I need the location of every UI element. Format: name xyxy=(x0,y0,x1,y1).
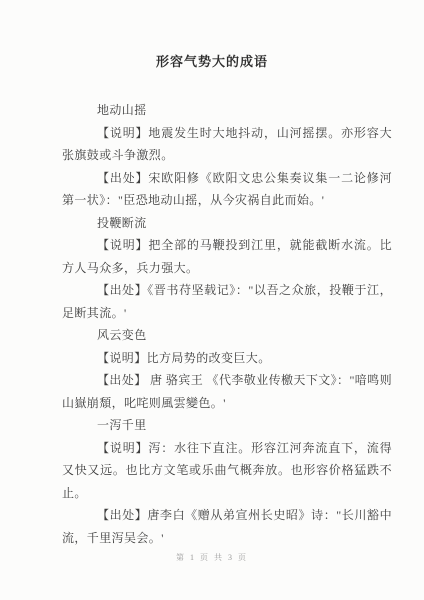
entry-source: 【出处】《晋书苻坚载记》："以吾之众旅，投鞭于江，足断其流。' xyxy=(62,279,392,324)
idiom-entry: 地动山摇 【说明】地震发生时大地抖动，山河摇摆。亦形容大张旗鼓或斗争激烈。 【出… xyxy=(62,99,392,212)
entry-explanation: 【说明】比方局势的改变巨大。 xyxy=(62,347,392,370)
entry-headword: 一泻千里 xyxy=(62,414,392,437)
idiom-entry: 投鞭断流 【说明】把全部的马鞭投到江里，就能截断水流。比方人马众多，兵力强大。 … xyxy=(62,212,392,325)
entry-source: 【出处】 唐 骆宾王 《代李敬业传檄天下文》："喑鸣则山嶽崩頹，叱咤则風雲變色。… xyxy=(62,369,392,414)
entry-source: 【出处】宋欧阳修《欧阳文忠公集奏议集一二论修河第一状》："臣恐地动山摇，从今灾祸… xyxy=(62,167,392,212)
idiom-entry: 风云变色 【说明】比方局势的改变巨大。 【出处】 唐 骆宾王 《代李敬业传檄天下… xyxy=(62,324,392,414)
entry-explanation: 【说明】把全部的马鞭投到江里，就能截断水流。比方人马众多，兵力强大。 xyxy=(62,234,392,279)
entry-headword: 风云变色 xyxy=(62,324,392,347)
idiom-entry: 一泻千里 【说明】泻：水往下直注。形容江河奔流直下，流得又快又远。也比方文笔或乐… xyxy=(62,414,392,549)
document-page: 形容气势大的成语 地动山摇 【说明】地震发生时大地抖动，山河摇摆。亦形容大张旗鼓… xyxy=(0,0,424,600)
page-footer: 第 1 页 共 3 页 xyxy=(0,552,424,563)
entry-explanation: 【说明】地震发生时大地抖动，山河摇摆。亦形容大张旗鼓或斗争激烈。 xyxy=(62,122,392,167)
page-title: 形容气势大的成语 xyxy=(0,54,424,70)
entry-headword: 地动山摇 xyxy=(62,99,392,122)
document-body: 地动山摇 【说明】地震发生时大地抖动，山河摇摆。亦形容大张旗鼓或斗争激烈。 【出… xyxy=(62,99,392,549)
entry-headword: 投鞭断流 xyxy=(62,212,392,235)
entry-explanation: 【说明】泻：水往下直注。形容江河奔流直下，流得又快又远。也比方文笔或乐曲气概奔放… xyxy=(62,437,392,505)
entry-source: 【出处】唐李白《赠从弟宣州长史昭》诗："长川豁中流，千里泻吴会。' xyxy=(62,504,392,549)
